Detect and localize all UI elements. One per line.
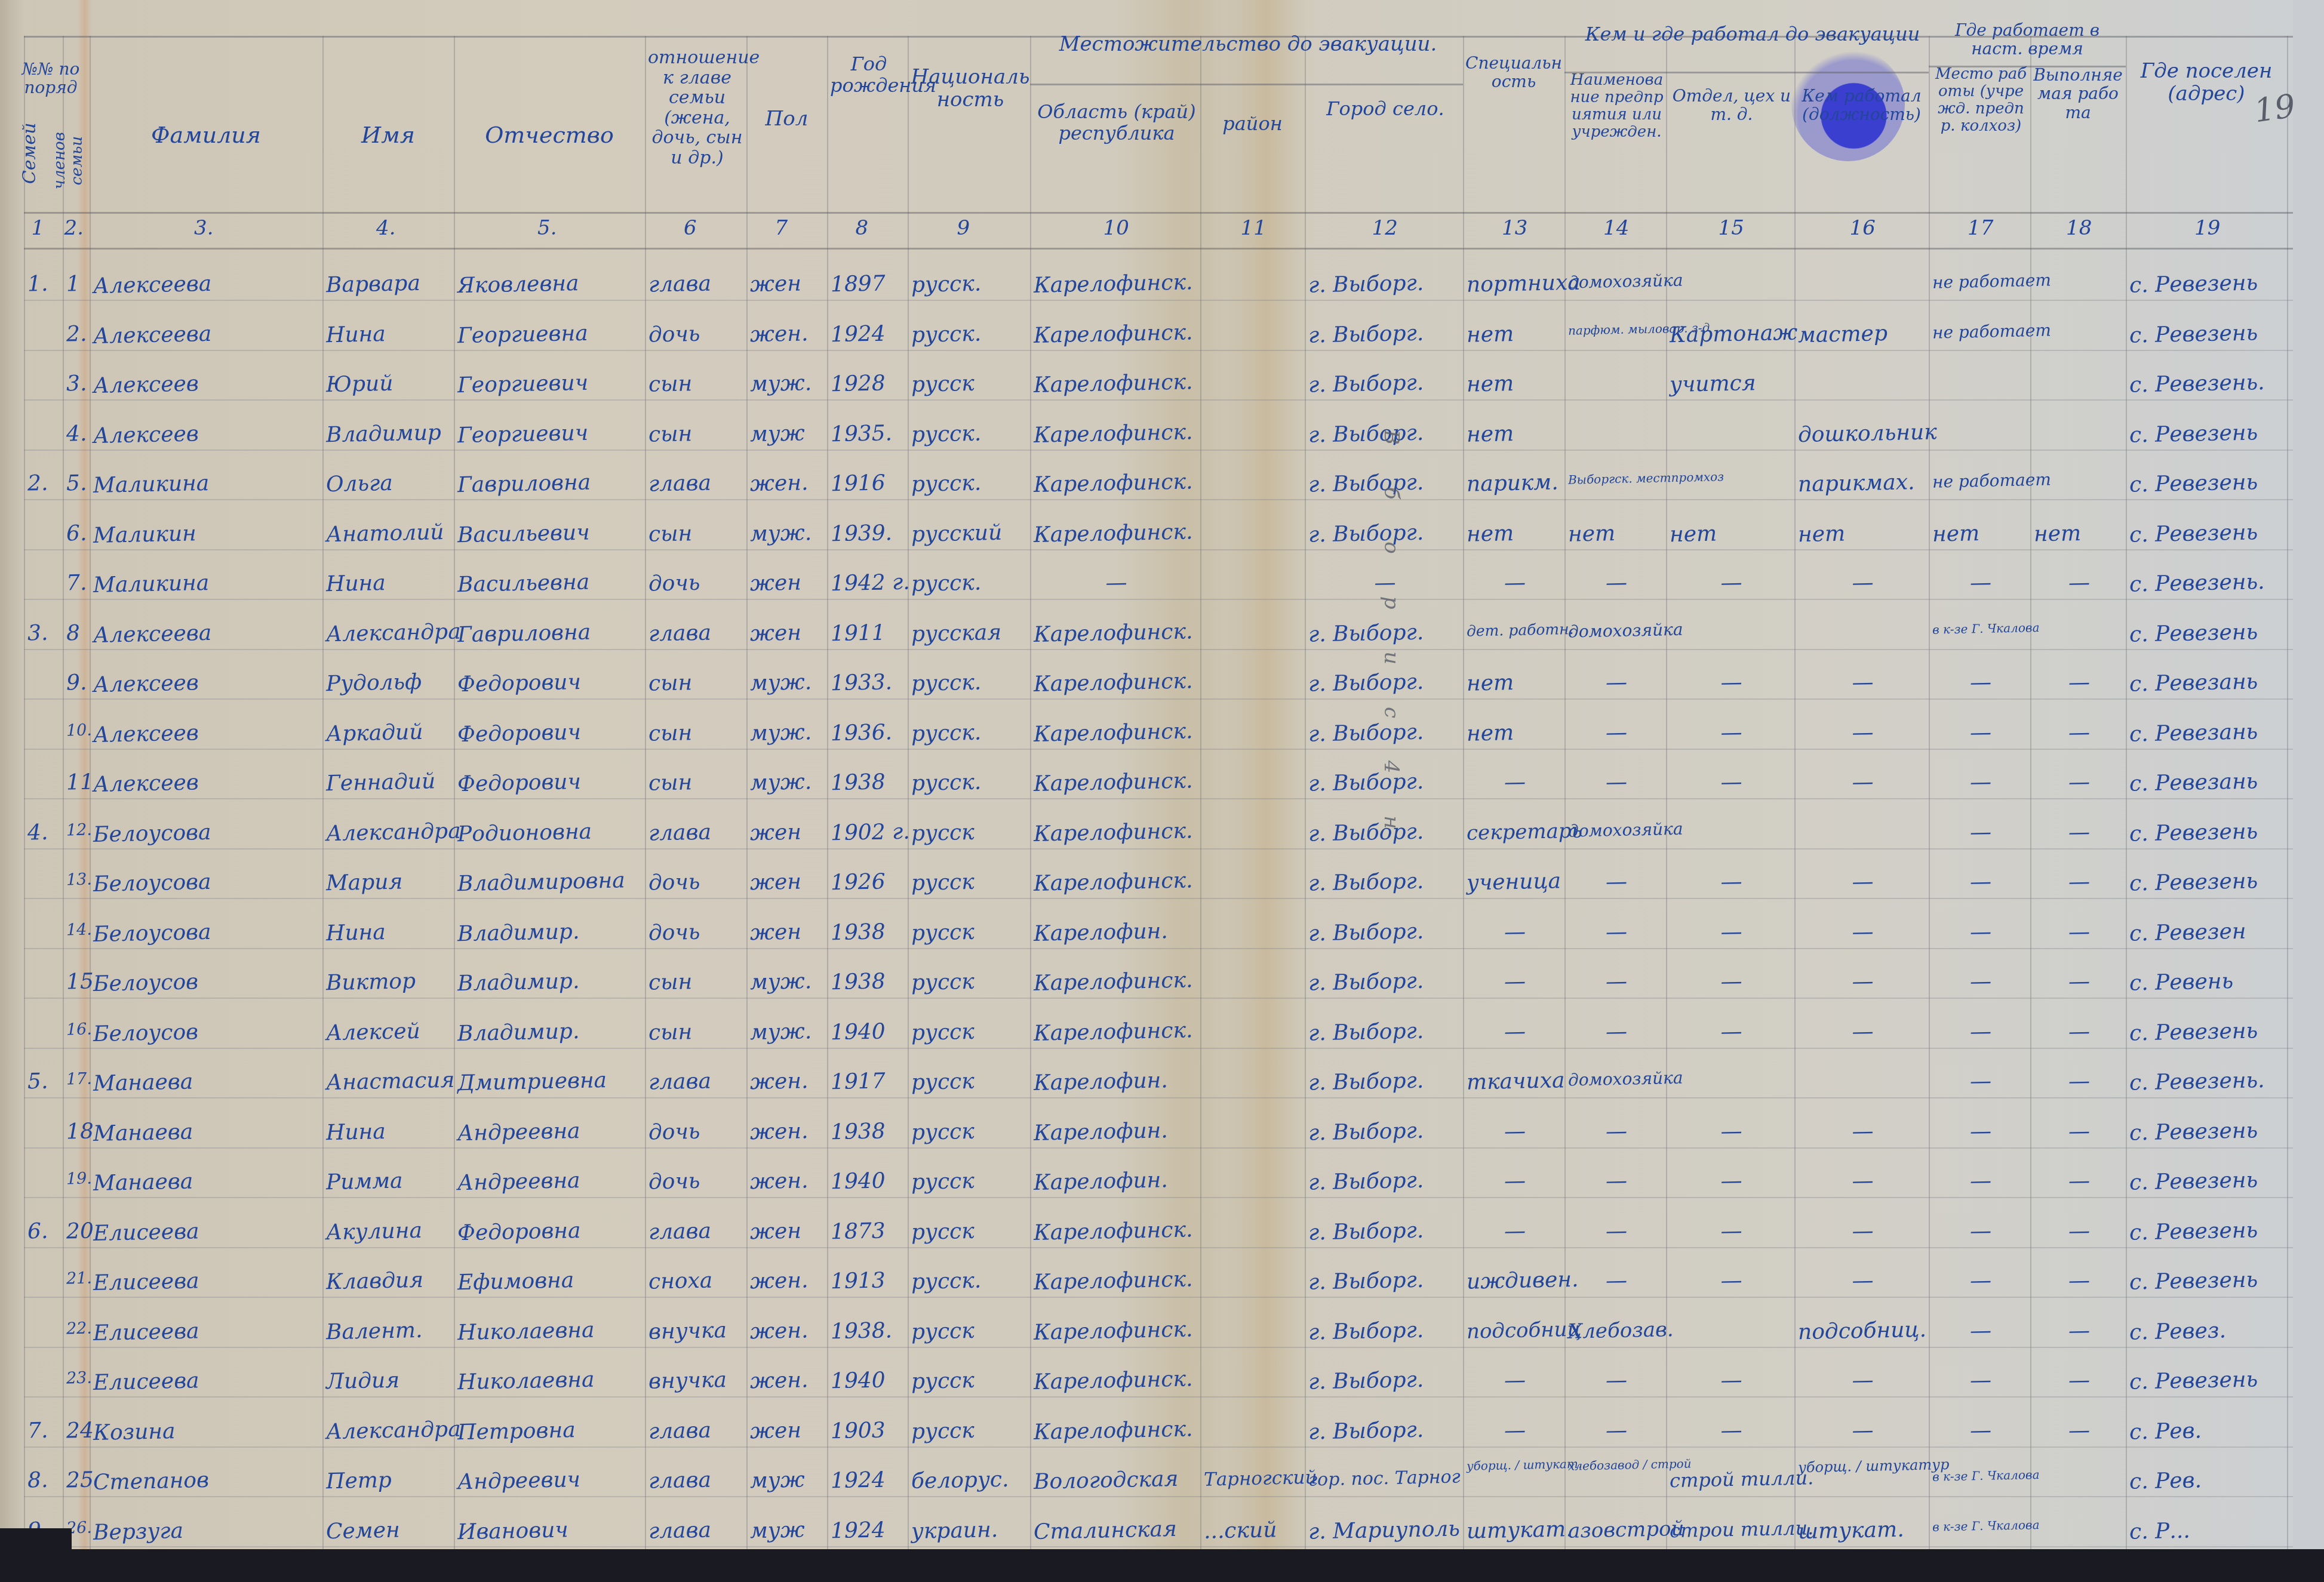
- cell-member-number: 2.: [66, 323, 89, 345]
- row-rule: [24, 948, 2293, 949]
- header-district: район: [1200, 113, 1305, 135]
- cell-prev-enterprise: парфюм. мыловар. з-д: [1568, 322, 1665, 336]
- vertical-margin-note: В б о р и с 4 н: [1379, 430, 1403, 848]
- column-number: 15: [1719, 216, 1744, 240]
- cell-relation: сын: [648, 671, 746, 694]
- header-nationality: Национальность: [911, 66, 1030, 111]
- cell-first-name: Юрий: [326, 372, 453, 396]
- cell-prev-department: Картонаж: [1670, 322, 1794, 346]
- cell-specialty: —: [1467, 1169, 1564, 1193]
- row-rule: [24, 1147, 2293, 1149]
- cell-sex: муж: [750, 1469, 826, 1492]
- cell-member-number: 11: [66, 772, 89, 794]
- cell-address: с. Ревезень: [2129, 1119, 2286, 1144]
- cell-surname: Алексеева: [93, 271, 322, 297]
- cell-address: с. Ревезень: [2129, 621, 2286, 645]
- cell-prev-position: —: [1798, 1020, 1928, 1044]
- cell-patronymic: Георгиевич: [457, 371, 644, 397]
- header-enterprise: Наименование предприятия или учрежден.: [1567, 72, 1666, 141]
- cell-patronymic: Андреевна: [457, 1119, 644, 1144]
- cell-surname: Алексеев: [93, 720, 322, 746]
- cell-city: г. Выборг.: [1308, 1368, 1462, 1393]
- cell-current-job: нет: [2034, 522, 2125, 545]
- cell-specialty: нет: [1467, 721, 1564, 744]
- cell-prev-department: —: [1670, 771, 1794, 795]
- cell-relation: внучка: [648, 1369, 746, 1392]
- cell-region: —: [1034, 571, 1200, 596]
- cell-sex: муж.: [750, 672, 826, 695]
- torn-corner: [0, 1528, 72, 1582]
- cell-surname: Алексеева: [93, 620, 322, 647]
- cell-prev-enterprise: —: [1568, 1020, 1665, 1044]
- cell-region: Карелофинск.: [1034, 870, 1200, 895]
- cell-surname: Козина: [93, 1418, 322, 1444]
- column-rule: [1030, 36, 1031, 1558]
- cell-city: г. Выборг.: [1308, 1219, 1462, 1244]
- column-number: 14: [1603, 216, 1629, 240]
- cell-member-number: 3.: [66, 373, 89, 395]
- cell-prev-department: —: [1670, 571, 1794, 595]
- cell-surname: Алексеев: [93, 421, 322, 447]
- cell-relation: дочь: [648, 921, 746, 944]
- cell-address: с. Рев.: [2129, 1418, 2286, 1443]
- cell-member-number: 14.: [66, 921, 89, 938]
- column-number: 8: [856, 216, 869, 240]
- cell-sex: жен.: [750, 1170, 826, 1193]
- cell-prev-position: —: [1798, 1418, 1928, 1443]
- cell-nationality: русск: [911, 970, 1029, 994]
- cell-sex: жен: [750, 273, 826, 296]
- cell-address: с. Ревезень: [2129, 521, 2286, 546]
- cell-relation: глава: [648, 1519, 746, 1542]
- cell-relation: дочь: [648, 322, 746, 346]
- column-rule: [2287, 36, 2288, 1558]
- cell-prev-department: строй тилли.: [1670, 1469, 1794, 1490]
- column-rule: [63, 36, 64, 1558]
- cell-city: г. Выборг.: [1308, 1020, 1462, 1044]
- cell-address: с. Ревезень: [2129, 1169, 2286, 1193]
- cell-relation: сын: [648, 1020, 746, 1044]
- header-surname: Фамилия: [90, 122, 322, 148]
- cell-patronymic: Васильевна: [457, 571, 644, 596]
- cell-address: с. Рев.: [2129, 1468, 2286, 1492]
- cell-member-number: 15: [66, 971, 89, 993]
- cell-birth-year: 1936.: [831, 721, 907, 744]
- header-job: Выполняемая работа: [2030, 66, 2126, 122]
- cell-birth-year: 1938: [831, 771, 907, 795]
- cell-sex: жен.: [750, 1319, 826, 1343]
- cell-nationality: русская: [911, 621, 1029, 645]
- cell-patronymic: Васильевич: [457, 521, 644, 546]
- row-rule: [24, 399, 2293, 401]
- cell-first-name: Семен: [326, 1518, 453, 1542]
- cell-relation: дочь: [648, 1120, 746, 1143]
- cell-prev-position: штукат.: [1798, 1518, 1928, 1543]
- cell-current-job: —: [2034, 1269, 2125, 1292]
- cell-nationality: русск: [911, 1219, 1029, 1243]
- cell-sex: жен: [750, 821, 826, 844]
- cell-first-name: Аркадий: [326, 721, 453, 744]
- cell-city: г. Выборг.: [1308, 322, 1462, 346]
- cell-sex: муж.: [750, 771, 826, 795]
- cell-first-name: Анастасия: [326, 1070, 453, 1094]
- column-number: 6: [684, 216, 697, 240]
- cell-address: с. Ревезань: [2129, 721, 2286, 745]
- cell-prev-position: —: [1798, 1219, 1928, 1244]
- cell-birth-year: 1940: [831, 1170, 907, 1193]
- row-rule: [24, 798, 2293, 799]
- cell-city: г. Выборг.: [1308, 920, 1462, 944]
- cell-address: с. Ревезень: [2129, 322, 2286, 346]
- cell-member-number: 13.: [66, 872, 89, 888]
- header-relation: отношение к главе семьи (жена, дочь, сын…: [648, 48, 746, 168]
- cell-first-name: Нина: [326, 322, 453, 346]
- cell-specialty: ученица: [1467, 870, 1564, 894]
- cell-birth-year: 1942 г.: [831, 572, 907, 595]
- cell-first-name: Геннадий: [326, 771, 453, 795]
- header-rule: [24, 212, 2293, 214]
- cell-birth-year: 1917: [831, 1070, 907, 1094]
- cell-current-job: —: [2034, 870, 2125, 894]
- cell-nationality: русск: [911, 920, 1029, 944]
- cell-nationality: русск.: [911, 472, 1029, 495]
- cell-member-number: 18: [66, 1121, 89, 1143]
- cell-member-number: 10.: [66, 722, 89, 738]
- cell-specialty: портниха: [1467, 272, 1564, 296]
- column-rule: [1794, 36, 1796, 1558]
- cell-prev-position: —: [1798, 771, 1928, 795]
- cell-current-workplace: —: [1932, 1070, 2030, 1093]
- cell-sex: жен.: [750, 1070, 826, 1094]
- cell-patronymic: Георгиевна: [457, 321, 644, 347]
- cell-region: Сталинская: [1034, 1518, 1200, 1543]
- scan-background-bottom: [0, 1549, 2324, 1582]
- cell-prev-enterprise: —: [1568, 571, 1665, 595]
- cell-current-job: —: [2034, 970, 2125, 993]
- cell-first-name: Александра: [326, 820, 453, 844]
- cell-region: Карелофинск.: [1034, 1368, 1200, 1393]
- cell-birth-year: 1916: [831, 472, 907, 495]
- cell-current-workplace: —: [1932, 970, 2030, 993]
- group-header-rule: [1030, 84, 1463, 85]
- cell-member-number: 1: [66, 273, 89, 296]
- cell-current-workplace: —: [1932, 1220, 2030, 1243]
- cell-birth-year: 1940: [831, 1020, 907, 1044]
- cell-current-workplace: в к-зе Г. Чкалова: [1932, 1519, 2029, 1532]
- cell-current-job: —: [2034, 771, 2125, 794]
- cell-district: ...ский: [1204, 1519, 1304, 1542]
- cell-sex: муж.: [750, 721, 826, 744]
- cell-current-workplace: —: [1932, 1169, 2030, 1193]
- cell-sex: муж: [750, 422, 826, 445]
- cell-prev-enterprise: азовстрой: [1568, 1519, 1665, 1541]
- cell-specialty: —: [1467, 771, 1564, 794]
- cell-surname: Степанов: [93, 1467, 322, 1494]
- cell-address: с. Ревезень: [2129, 1020, 2286, 1044]
- cell-prev-position: парикмах.: [1798, 472, 1928, 496]
- cell-address: с. Ревезань: [2129, 670, 2286, 695]
- cell-patronymic: Федорович: [457, 720, 644, 746]
- header-residence-group: Местожительство до эвакуации.: [1033, 33, 1463, 56]
- row-rule: [24, 549, 2293, 550]
- header-numbering: №№ по поряд: [12, 60, 90, 97]
- cell-patronymic: Гавриловна: [457, 620, 644, 646]
- cell-address: с. Ревезень.: [2129, 1069, 2286, 1094]
- cell-surname: Белоусов: [93, 969, 322, 995]
- cell-nationality: украин.: [911, 1518, 1029, 1542]
- cell-region: Карелофинск.: [1034, 1020, 1200, 1045]
- cell-relation: дочь: [648, 870, 746, 894]
- page-right-edge: [2293, 0, 2324, 1558]
- cell-nationality: русск: [911, 372, 1029, 396]
- cell-current-job: —: [2034, 1220, 2125, 1243]
- cell-current-job: —: [2034, 671, 2125, 694]
- column-rule: [908, 36, 909, 1558]
- cell-specialty: дет. работн.: [1467, 621, 1563, 638]
- cell-current-job: —: [2034, 1419, 2125, 1442]
- cell-region: Карелофин.: [1034, 1169, 1200, 1194]
- cell-address: с. Ревезен: [2129, 920, 2286, 944]
- cell-specialty: —: [1467, 1220, 1564, 1243]
- column-number: 2.: [64, 216, 84, 240]
- cell-region: Карелофинск.: [1034, 621, 1200, 646]
- cell-first-name: Нина: [326, 920, 453, 944]
- cell-surname: Елисеева: [93, 1318, 322, 1344]
- cell-prev-department: —: [1670, 1418, 1794, 1442]
- cell-first-name: Алексей: [326, 1020, 453, 1044]
- cell-prev-enterprise: домохозяйка: [1568, 821, 1665, 839]
- cell-sex: жен: [750, 621, 826, 645]
- column-number: 19: [2194, 216, 2220, 240]
- cell-specialty: нет: [1467, 322, 1564, 346]
- cell-surname: Маликина: [93, 470, 322, 497]
- column-rule: [24, 36, 25, 1558]
- cell-address: с. Ревезень: [2129, 471, 2286, 495]
- cell-surname: Манаева: [93, 1119, 322, 1145]
- cell-city: г. Выборг.: [1308, 1319, 1462, 1343]
- cell-relation: сын: [648, 970, 746, 993]
- cell-birth-year: 1935.: [831, 422, 907, 445]
- cell-region: Карелофинск.: [1034, 1269, 1200, 1294]
- cell-city: г. Выборг.: [1308, 272, 1462, 296]
- cell-patronymic: Федорович: [457, 670, 644, 696]
- cell-nationality: русск: [911, 1369, 1029, 1393]
- cell-patronymic: Федорович: [457, 770, 644, 796]
- cell-region: Карелофинск.: [1034, 770, 1200, 795]
- cell-sex: муж: [750, 1519, 826, 1542]
- header-members: членов семьи: [51, 110, 86, 211]
- cell-surname: Верзуга: [93, 1518, 322, 1544]
- row-rule: [24, 848, 2293, 850]
- cell-birth-year: 1902 г.: [831, 821, 907, 844]
- cell-nationality: русск.: [911, 671, 1029, 695]
- cell-prev-enterprise: —: [1568, 1269, 1665, 1292]
- cell-sex: жен.: [750, 1120, 826, 1143]
- cell-current-workplace: —: [1932, 1269, 2030, 1292]
- cell-sex: муж.: [750, 1020, 826, 1044]
- cell-nationality: русск.: [911, 272, 1029, 296]
- cell-prev-position: —: [1798, 671, 1928, 695]
- cell-birth-year: 1924: [831, 1519, 907, 1542]
- cell-sex: жен: [750, 1220, 826, 1243]
- cell-sex: муж.: [750, 373, 826, 396]
- row-rule: [24, 998, 2293, 999]
- header-department: Отдел, цех и т. д.: [1672, 87, 1791, 124]
- cell-relation: сноха: [648, 1269, 746, 1292]
- cell-address: с. Ревезень.: [2129, 371, 2286, 396]
- cell-surname: Манаева: [93, 1168, 322, 1195]
- cell-prev-position: —: [1798, 970, 1928, 995]
- cell-specialty: —: [1467, 1020, 1564, 1044]
- cell-prev-enterprise: домохозяйка: [1568, 621, 1665, 640]
- cell-relation: дочь: [648, 571, 746, 595]
- header-families: Семей: [20, 106, 40, 201]
- cell-prev-enterprise: —: [1568, 671, 1665, 694]
- cell-first-name: Петр: [326, 1469, 453, 1492]
- cell-specialty: нет: [1467, 671, 1564, 694]
- cell-patronymic: Владимировна: [457, 870, 644, 895]
- cell-prev-enterprise: —: [1568, 970, 1665, 993]
- header-region: Область (край) республика: [1033, 101, 1200, 144]
- cell-prev-department: —: [1670, 1169, 1794, 1193]
- cell-prev-enterprise: Хлебозав.: [1568, 1319, 1665, 1341]
- cell-current-workplace: —: [1932, 721, 2030, 744]
- column-number: 18: [2066, 216, 2092, 240]
- ledger-page: №№ по поряд Семей членов семьи Фамилия И…: [0, 0, 2324, 1558]
- cell-specialty: —: [1467, 1419, 1564, 1442]
- cell-family-number: 8.: [27, 1469, 62, 1491]
- cell-address: с. Ревезень: [2129, 421, 2286, 446]
- cell-member-number: 20: [66, 1220, 89, 1242]
- column-rule: [1463, 36, 1464, 1558]
- cell-relation: сын: [648, 372, 746, 395]
- cell-birth-year: 1938: [831, 971, 907, 994]
- cell-nationality: русск.: [911, 571, 1029, 595]
- column-rule: [827, 36, 828, 1558]
- cell-current-workplace: —: [1932, 1419, 2030, 1442]
- cell-current-workplace: —: [1932, 1120, 2030, 1143]
- cell-sex: жен.: [750, 1270, 826, 1293]
- cell-relation: глава: [648, 272, 746, 296]
- cell-specialty: —: [1467, 921, 1564, 944]
- cell-surname: Елисеева: [93, 1268, 322, 1294]
- cell-birth-year: 1911: [831, 621, 907, 645]
- cell-city: г. Мариуполь: [1308, 1518, 1462, 1543]
- cell-birth-year: 1924: [831, 1469, 907, 1492]
- cell-prev-position: —: [1798, 920, 1928, 944]
- cell-prev-position: —: [1798, 1269, 1928, 1294]
- cell-surname: Манаева: [93, 1069, 322, 1095]
- row-rule: [24, 1446, 2293, 1448]
- cell-first-name: Виктор: [326, 970, 453, 994]
- cell-family-number: 5.: [27, 1070, 62, 1092]
- column-rule: [1305, 36, 1306, 1558]
- page-number: 19: [2252, 87, 2298, 130]
- cell-prev-enterprise: —: [1568, 1220, 1665, 1243]
- column-number: 1: [32, 216, 45, 240]
- cell-region: Карелофинск.: [1034, 969, 1200, 995]
- cell-region: Карелофинск.: [1034, 721, 1200, 746]
- cell-address: с. Ревезень: [2129, 272, 2286, 296]
- cell-current-workplace: —: [1932, 870, 2030, 894]
- cell-current-workplace: —: [1932, 1369, 2030, 1392]
- cell-region: Карелофинск.: [1034, 1418, 1200, 1444]
- cell-relation: глава: [648, 621, 746, 645]
- cell-prev-enterprise: домохозяйка: [1568, 272, 1665, 291]
- cell-prev-enterprise: —: [1568, 1169, 1665, 1193]
- row-rule: [24, 698, 2293, 700]
- cell-address: с. Ревезань: [2129, 770, 2286, 795]
- cell-specialty: иждивен.: [1467, 1269, 1564, 1292]
- cell-relation: глава: [648, 1070, 746, 1093]
- cell-city: г. Выборг.: [1308, 870, 1462, 894]
- cell-nationality: русск.: [911, 721, 1029, 744]
- cell-first-name: Валент.: [326, 1319, 453, 1343]
- cell-prev-department: —: [1670, 870, 1794, 894]
- cell-address: с. Ревезень: [2129, 1219, 2286, 1244]
- cell-current-job: —: [2034, 1120, 2125, 1143]
- row-rule: [24, 1496, 2293, 1497]
- cell-current-workplace: —: [1932, 921, 2030, 944]
- cell-specialty: подсобниц: [1467, 1319, 1564, 1341]
- cell-birth-year: 1938: [831, 921, 907, 944]
- cell-current-job: —: [2034, 721, 2125, 744]
- cell-specialty: —: [1467, 1120, 1564, 1143]
- cell-current-workplace: не работает: [1932, 322, 2030, 341]
- column-number: 4.: [376, 216, 395, 240]
- cell-member-number: 4.: [66, 423, 89, 445]
- cell-current-workplace: —: [1932, 571, 2030, 595]
- cell-sex: жен: [750, 921, 826, 944]
- cell-surname: Маликин: [93, 521, 322, 547]
- page-edge: [0, 0, 24, 1558]
- cell-nationality: белорус.: [911, 1469, 1029, 1492]
- cell-patronymic: Николаевна: [457, 1368, 644, 1394]
- cell-patronymic: Петровна: [457, 1418, 644, 1444]
- cell-patronymic: Федоровна: [457, 1218, 644, 1244]
- cell-prev-department: нет: [1670, 521, 1794, 545]
- column-number: 3.: [194, 216, 213, 240]
- cell-family-number: 1.: [27, 273, 62, 295]
- cell-prev-position: —: [1798, 1119, 1928, 1144]
- cell-nationality: русск: [911, 1119, 1029, 1143]
- cell-first-name: Лидия: [326, 1369, 453, 1393]
- cell-family-number: 3.: [27, 622, 62, 644]
- cell-nationality: русск: [911, 1418, 1029, 1442]
- cell-city: г. Выборг.: [1308, 969, 1462, 994]
- cell-member-number: 22.: [66, 1320, 89, 1337]
- cell-first-name: Владимир: [326, 421, 453, 445]
- cell-first-name: Анатолий: [326, 521, 453, 545]
- row-rule: [24, 1396, 2293, 1398]
- cell-member-number: 25: [66, 1470, 89, 1492]
- cell-first-name: Александра: [326, 621, 453, 645]
- cell-prev-enterprise: —: [1568, 870, 1665, 894]
- cell-surname: Алексеев: [93, 770, 322, 796]
- cell-member-number: 23.: [66, 1370, 89, 1387]
- cell-current-workplace: —: [1932, 771, 2030, 794]
- header-prev-work-group: Кем и где работал до эвакуации: [1576, 24, 1929, 45]
- cell-district: Тарногский: [1204, 1469, 1304, 1489]
- cell-address: с. Ревезень.: [2129, 571, 2286, 595]
- cell-prev-department: —: [1670, 671, 1794, 695]
- cell-prev-position: дошкольник: [1798, 421, 1928, 446]
- row-rule: [24, 499, 2293, 500]
- cell-surname: Елисеева: [93, 1218, 322, 1245]
- cell-prev-position: —: [1798, 721, 1928, 745]
- row-rule: [24, 300, 2293, 301]
- column-rule: [1200, 36, 1201, 1558]
